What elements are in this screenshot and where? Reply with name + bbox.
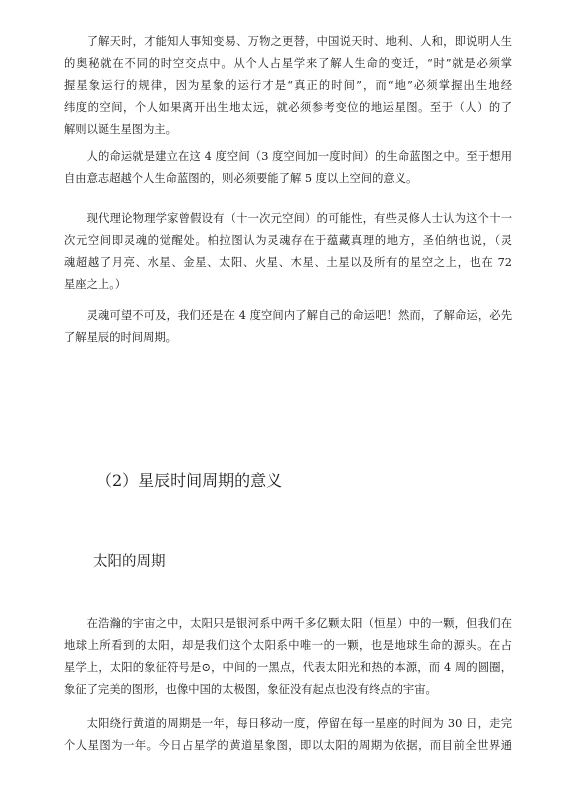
paragraph: 现代理论物理学家曾假设有（十一次元空间）的可能性，有些灵修人士认为这个十一 次元… [64,208,512,296]
text-line: 星学上，太阳的象征符号是⊙，中间的一黑点，代表太阳光和热的本源，而 4 周的圆圈… [64,657,512,679]
document-page: 了解天时，才能知人事知变易、万物之更替，中国说天时、地利、人和，即说明人生 的奥… [0,0,576,790]
text-line: 魂超越了月亮、水星、金星、太阳、火星、木星、土星以及所有的星空之上，也在 72 [64,252,512,274]
text-line: 自由意志超越个人生命蓝图的，则必须要能了解 5 度以上空间的意义。 [64,168,512,190]
text-line: 的奥秘就在不同的时空交点中。从个人占星学来了解人生命的变迁，“时”就是必须掌 [64,53,512,75]
text-line: 了解天时，才能知人事知变易、万物之更替，中国说天时、地利、人和，即说明人生 [64,31,512,53]
text-line: 灵魂可望不可及，我们还是在 4 度空间内了解自己的命运吧！然而，了解命运，必先 [64,305,512,327]
paragraph: 在浩瀚的宇宙之中，太阳只是银河系中两千多亿颗太阳（恒星）中的一颗，但我们在 地球… [64,613,512,701]
text-line: 纬度的空间，个人如果离开出生地太远，就必须参考变位的地运星图。至于（人）的了 [64,97,512,119]
subsection-heading: 太阳的周期 [64,551,512,573]
text-line: 星座之上。） [64,274,512,296]
text-line: 解则以诞生星图为主。 [64,119,512,141]
text-line: 象征了完美的图形，也像中国的太极图，象征没有起点也没有终点的宇宙。 [64,679,512,701]
text-line: 在浩瀚的宇宙之中，太阳只是银河系中两千多亿颗太阳（恒星）中的一颗，但我们在 [64,613,512,635]
paragraph: 太阳绕行黄道的周期是一年，每日移动一度，停留在每一星座的时间为 30 日，走完 … [64,713,512,757]
paragraph: 了解天时，才能知人事知变易、万物之更替，中国说天时、地利、人和，即说明人生 的奥… [64,31,512,141]
text-line: 个人星图为一年。今日占星学的黄道星象图，即以太阳的周期为依据，而目前全世界通 [64,735,512,757]
paragraph: 人的命运就是建立在这 4 度空间（3 度空间加一度时间）的生命蓝图之中。至于想用… [64,146,512,190]
paragraph: 灵魂可望不可及，我们还是在 4 度空间内了解自己的命运吧！然而，了解命运，必先 … [64,305,512,349]
text-line: 地球上所看到的太阳，却是我们这个太阳系中唯一的一颗，也是地球生命的源头。在占 [64,635,512,657]
text-line: 太阳绕行黄道的周期是一年，每日移动一度，停留在每一星座的时间为 30 日，走完 [64,713,512,735]
text-line: 握星象运行的规律，因为星象的运行才是“真正的时间”，而“地”必须掌握出生地经 [64,75,512,97]
text-line: 了解星辰的时间周期。 [64,327,512,349]
text-line: 次元空间即灵魂的觉醒处。柏拉图认为灵魂存在于蕴藏真理的地方，圣伯纳也说，（灵 [64,230,512,252]
text-line: 人的命运就是建立在这 4 度空间（3 度空间加一度时间）的生命蓝图之中。至于想用 [64,146,512,168]
text-line: 现代理论物理学家曾假设有（十一次元空间）的可能性，有些灵修人士认为这个十一 [64,208,512,230]
section-heading: （2）星辰时间周期的意义 [64,468,512,494]
